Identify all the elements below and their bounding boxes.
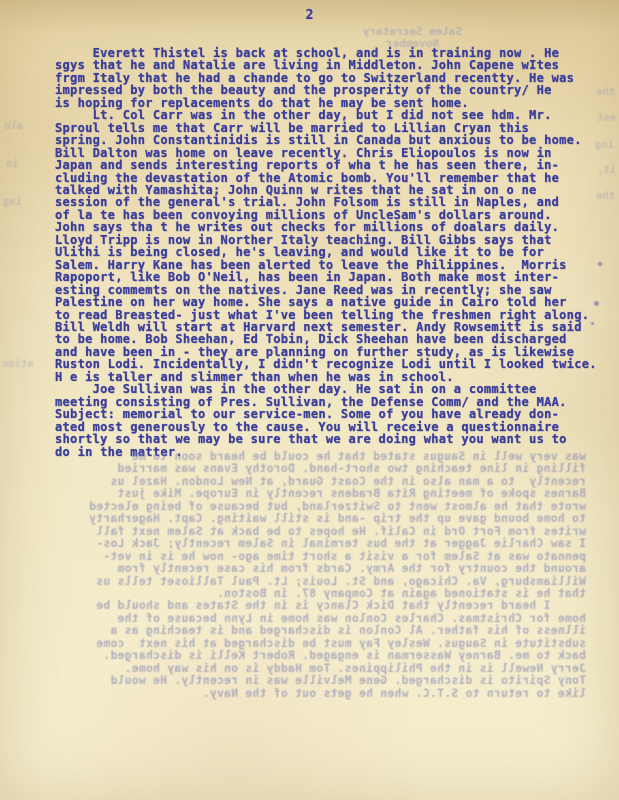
paragraph-lt-col-carr: Lt. Col Carr was in the other day, but I… [55,109,600,383]
bleedthrough-fragment: ing [3,196,22,208]
bleedthrough-fragment: it, [597,164,616,176]
bleedthrough-fragment: ing [595,139,614,151]
ink-speck [594,301,599,306]
paragraph-joe-sullivan: Joe Sullivan was in the other day. He sa… [55,383,600,458]
ink-speck [598,262,602,266]
paragraph-everett-thistel: Everett Thistel is back at school, and i… [55,47,600,109]
document-page: Salem Secretary November 2 Everett Thist… [0,0,619,800]
page-number: 2 [0,8,619,23]
bleedthrough-fragment: the [596,86,615,98]
bleedthrough-fragment: alo [4,120,23,132]
bleedthrough-fragment: the [596,190,615,202]
bleedthrough-fragment: in [6,158,19,170]
typed-text: Everett Thistel is back at school, and i… [55,47,600,458]
bleedthrough-fragment: ent [597,112,616,124]
bleedthrough-fragment: ation [2,358,34,370]
bleedthrough-text: was very well in Saugus stated that he c… [34,451,586,700]
ink-speck [591,322,594,325]
